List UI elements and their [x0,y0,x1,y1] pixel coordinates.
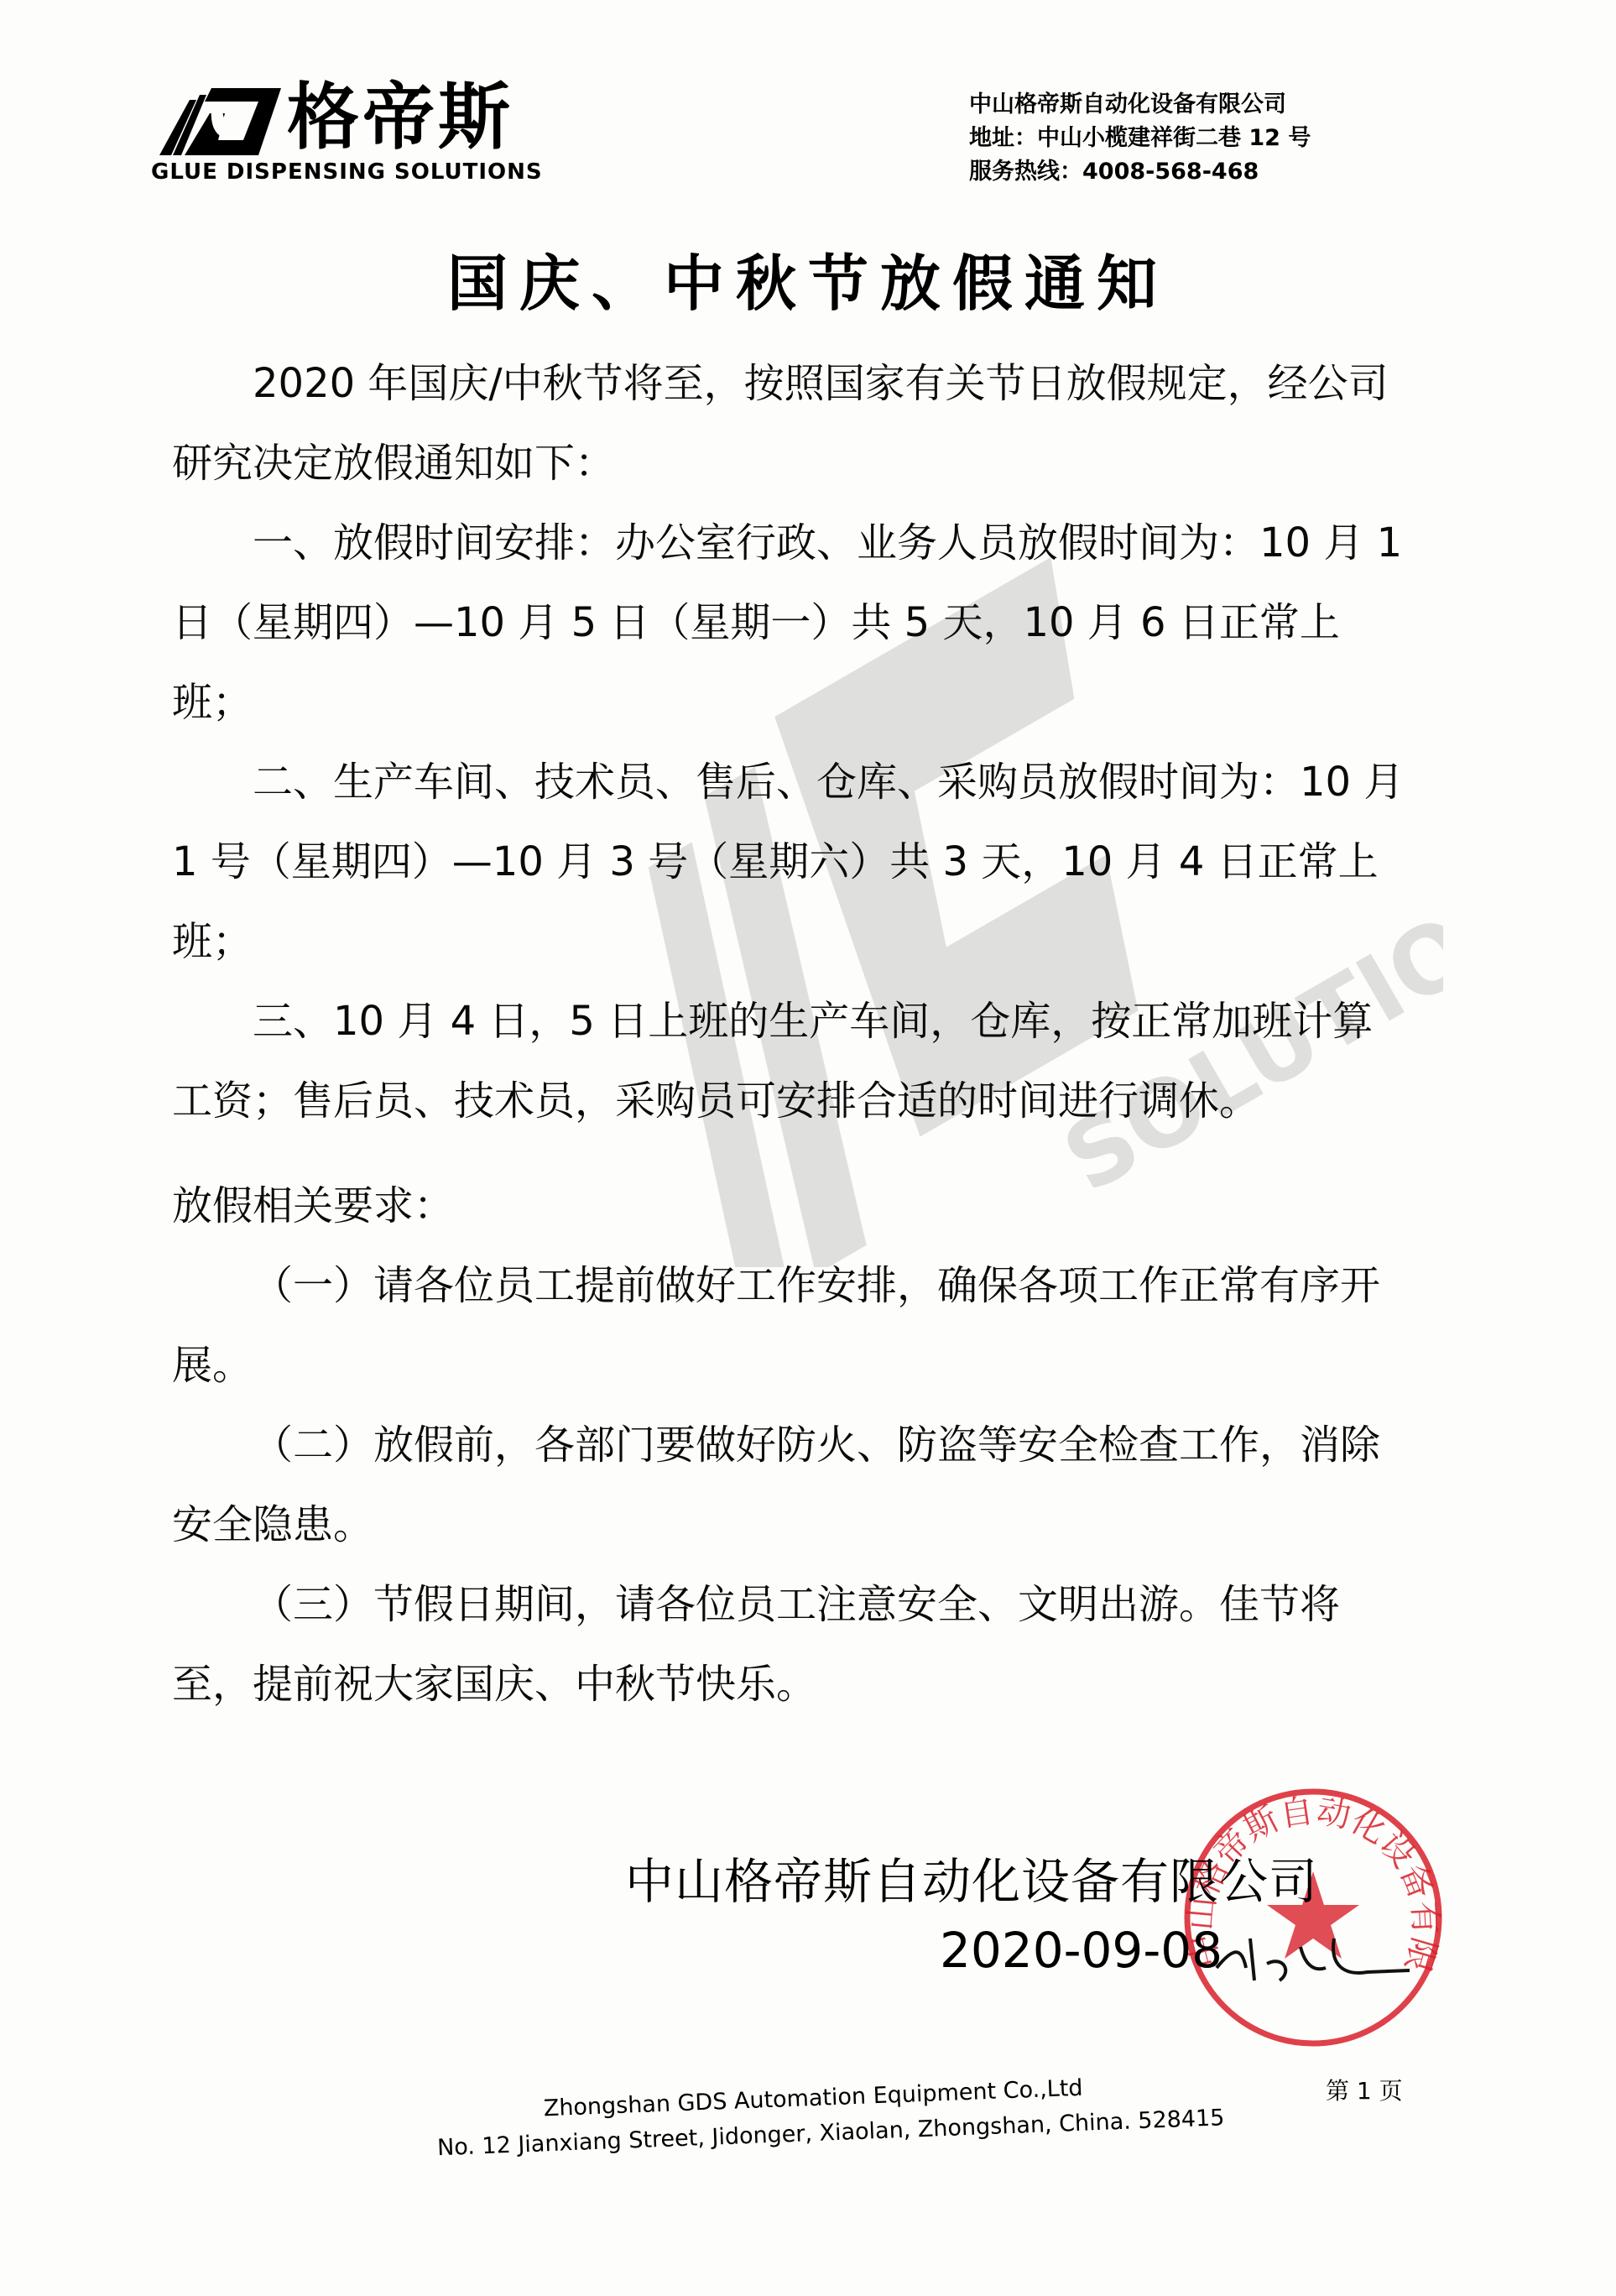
company-seal-stamp-icon: 中山格帝斯自动化设备有限公司 [1175,1771,1452,2064]
notice-body: 2020 年国庆/中秋节将至，按照国家有关节日放假规定，经公司研究决定放假通知如… [172,344,1405,1725]
company-name: 中山格帝斯自动化设备有限公司 [969,88,1311,122]
notice-item-3: 三、10 月 4 日，5 日上班的生产车间，仓库，按正常加班计算工资；售后员、技… [172,982,1405,1141]
company-logo: 格帝斯 GLUE DISPENSING SOLUTIONS [151,71,520,189]
requirements-heading: 放假相关要求： [172,1166,1405,1246]
page-footer: Zhongshan GDS Automation Equipment Co.,L… [435,2067,1193,2166]
requirement-1: （一）请各位员工提前做好工作安排，确保各项工作正常有序开展。 [172,1246,1405,1406]
signature-company: 中山格帝斯自动化设备有限公司 [625,1842,1318,1912]
logo-chinese-name: 格帝斯 [287,71,513,164]
company-address: 地址：中山小榄建祥街二巷 12 号 [969,122,1311,155]
signature-date: 2020-09-08 [940,1922,1222,1979]
requirement-2: （二）放假前，各部门要做好防火、防盗等安全检查工作，消除安全隐患。 [172,1406,1405,1565]
document-page: 格帝斯 GLUE DISPENSING SOLUTIONS 中山格帝斯自动化设备… [0,0,1616,2296]
page-title: 国庆、中秋节放假通知 [0,235,1616,322]
intro-paragraph: 2020 年国庆/中秋节将至，按照国家有关节日放假规定，经公司研究决定放假通知如… [172,344,1405,504]
requirement-3: （三）节假日期间，请各位员工注意安全、文明出游。佳节将至，提前祝大家国庆、中秋节… [172,1565,1405,1725]
company-info: 中山格帝斯自动化设备有限公司 地址：中山小榄建祥街二巷 12 号 服务热线：40… [969,88,1311,189]
notice-item-1: 一、放假时间安排：办公室行政、业务人员放假时间为：10 月 1 日（星期四）—1… [172,504,1405,743]
gds-logo-mark-icon [159,81,281,157]
notice-item-2: 二、生产车间、技术员、售后、仓库、采购员放假时间为：10 月 1 号（星期四）—… [172,743,1405,982]
logo-tagline: GLUE DISPENSING SOLUTIONS [151,159,543,185]
handwritten-signature-icon [1208,1922,1426,1989]
page-number: 第 1 页 [1326,2073,1403,2106]
service-hotline: 服务热线：4008-568-468 [969,155,1311,189]
